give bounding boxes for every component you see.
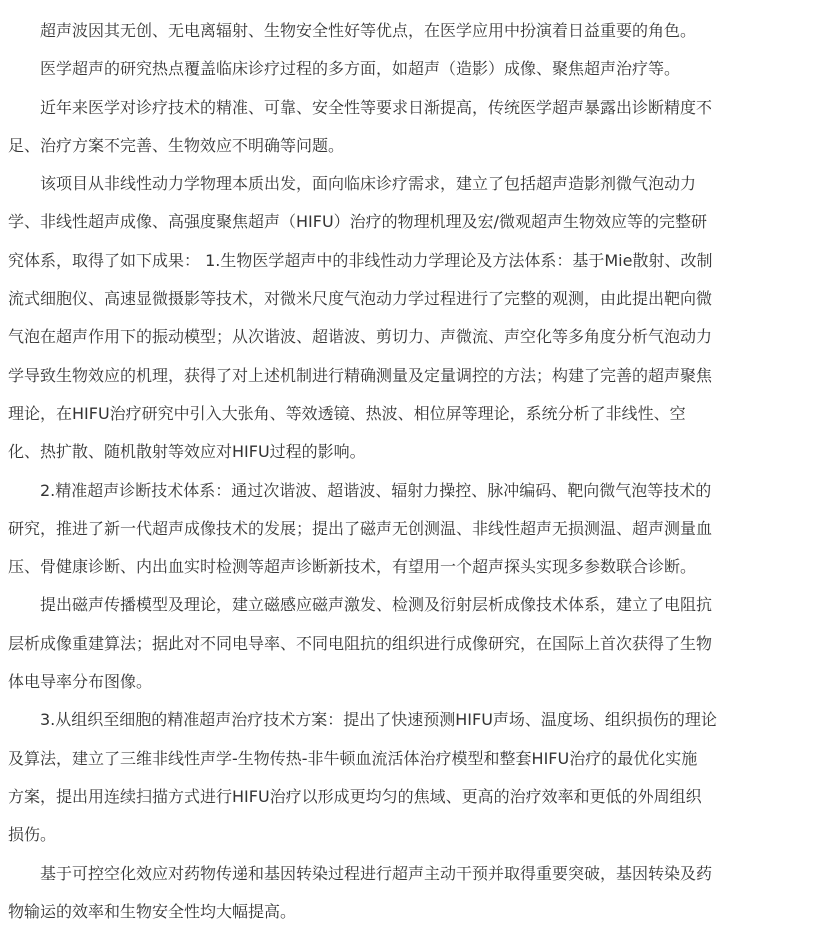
text-line: 基于可控空化效应对药物传递和基因转染过程进行超声主动干预并取得重要突破，基因转染… bbox=[8, 855, 768, 893]
text-line: 理论，在HIFU治疗研究中引入大张角、等效透镜、热波、相位屏等理论，系统分析了非… bbox=[8, 395, 768, 433]
text-line: 该项目从非线性动力学物理本质出发，面向临床诊疗需求，建立了包括超声造影剂微气泡动… bbox=[8, 165, 768, 203]
paragraph-cavitation: 基于可控空化效应对药物传递和基因转染过程进行超声主动干预并取得重要突破，基因转染… bbox=[8, 855, 768, 927]
text-line: 提出磁声传播模型及理论，建立磁感应磁声激发、检测及衍射层析成像技术体系，建立了电… bbox=[8, 586, 768, 624]
text-line: 学、非线性超声成像、高强度聚焦超声（HIFU）治疗的物理机理及宏/微观超声生物效… bbox=[8, 203, 768, 241]
text-line: 压、骨健康诊断、内出血实时检测等超声诊断新技术，有望用一个超声探头实现多参数联合… bbox=[8, 548, 768, 586]
article-body: 超声波因其无创、无电离辐射、生物安全性好等优点，在医学应用中扮演着日益重要的角色… bbox=[0, 0, 768, 927]
paragraph-achievement-1: 该项目从非线性动力学物理本质出发，面向临床诊疗需求，建立了包括超声造影剂微气泡动… bbox=[8, 165, 768, 471]
text-line: 医学超声的研究热点覆盖临床诊疗过程的多方面，如超声（造影）成像、聚焦超声治疗等。 bbox=[8, 50, 768, 88]
text-line: 及算法，建立了三维非线性声学-生物传热-非牛顿血流活体治疗模型和整套HIFU治疗… bbox=[8, 740, 768, 778]
text-line: 化、热扩散、随机散射等效应对HIFU过程的影响。 bbox=[8, 433, 768, 471]
paragraph-achievement-3: 3.从组织至细胞的精准超声治疗技术方案：提出了快速预测HIFU声场、温度场、组织… bbox=[8, 701, 768, 854]
paragraph-research-hotspots: 医学超声的研究热点覆盖临床诊疗过程的多方面，如超声（造影）成像、聚焦超声治疗等。 bbox=[8, 50, 768, 88]
text-line: 3.从组织至细胞的精准超声治疗技术方案：提出了快速预测HIFU声场、温度场、组织… bbox=[8, 701, 768, 739]
text-line: 层析成像重建算法；据此对不同电导率、不同电阻抗的组织进行成像研究，在国际上首次获… bbox=[8, 625, 768, 663]
text-line: 物输运的效率和生物安全性均大幅提高。 bbox=[8, 893, 768, 927]
paragraph-magnetoacoustic: 提出磁声传播模型及理论，建立磁感应磁声激发、检测及衍射层析成像技术体系，建立了电… bbox=[8, 586, 768, 701]
text-line: 究体系，取得了如下成果： 1.生物医学超声中的非线性动力学理论及方法体系：基于M… bbox=[8, 242, 768, 280]
text-line: 2.精准超声诊断技术体系：通过次谐波、超谐波、辐射力操控、脉冲编码、靶向微气泡等… bbox=[8, 472, 768, 510]
text-line: 研究，推进了新一代超声成像技术的发展；提出了磁声无创测温、非线性超声无损测温、超… bbox=[8, 510, 768, 548]
text-line: 方案，提出用连续扫描方式进行HIFU治疗以形成更均匀的焦域、更高的治疗效率和更低… bbox=[8, 778, 768, 816]
text-line: 气泡在超声作用下的振动模型；从次谐波、超谐波、剪切力、声微流、声空化等多角度分析… bbox=[8, 318, 768, 356]
text-line: 体电导率分布图像。 bbox=[8, 663, 768, 701]
text-line: 损伤。 bbox=[8, 816, 768, 854]
paragraph-problems: 近年来医学对诊疗技术的精准、可靠、安全性等要求日渐提高，传统医学超声暴露出诊断精… bbox=[8, 89, 768, 166]
text-line: 超声波因其无创、无电离辐射、生物安全性好等优点，在医学应用中扮演着日益重要的角色… bbox=[8, 12, 768, 50]
paragraph-intro: 超声波因其无创、无电离辐射、生物安全性好等优点，在医学应用中扮演着日益重要的角色… bbox=[8, 12, 768, 50]
text-line: 近年来医学对诊疗技术的精准、可靠、安全性等要求日渐提高，传统医学超声暴露出诊断精… bbox=[8, 89, 768, 127]
text-line: 流式细胞仪、高速显微摄影等技术，对微米尺度气泡动力学过程进行了完整的观测，由此提… bbox=[8, 280, 768, 318]
text-line: 学导致生物效应的机理，获得了对上述机制进行精确测量及定量调控的方法；构建了完善的… bbox=[8, 357, 768, 395]
paragraph-achievement-2: 2.精准超声诊断技术体系：通过次谐波、超谐波、辐射力操控、脉冲编码、靶向微气泡等… bbox=[8, 472, 768, 587]
text-line: 足、治疗方案不完善、生物效应不明确等问题。 bbox=[8, 127, 768, 165]
